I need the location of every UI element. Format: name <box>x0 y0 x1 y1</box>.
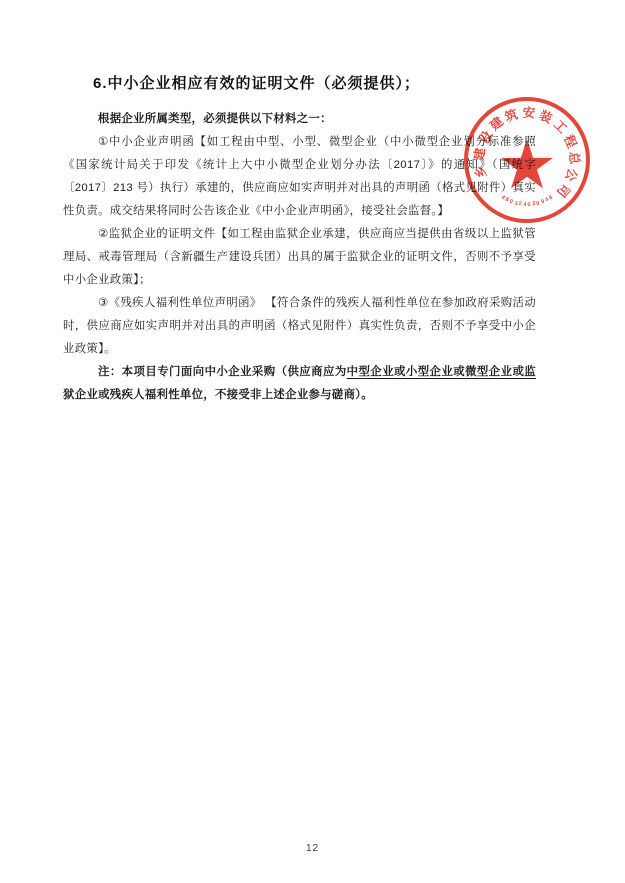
document-body: 6.中小企业相应有效的证明文件（必须提供）； 根据企业所属类型，必须提供以下材料… <box>63 72 536 407</box>
note-underlined-text: 中型企业或小型企业或微型企业或监 <box>347 366 536 378</box>
document-page: 6.中小企业相应有效的证明文件（必须提供）； 根据企业所属类型，必须提供以下材料… <box>0 0 625 883</box>
paragraph-item-2: ②监狱企业的证明文件【如工程由监狱企业承建，供应商应当提供由省级以上监狱管理局、… <box>63 223 536 292</box>
note-paragraph: 注：本项目专门面向中小企业采购（供应商应为中型企业或小型企业或微型企业或监狱企业… <box>63 361 536 407</box>
paragraph-item-1: ①中小企业声明函【如工程由中型、小型、微型企业（中小微型企业划分标准参照《国家统… <box>63 131 536 223</box>
page-number: 12 <box>0 843 625 854</box>
paragraph-item-3: ③《残疾人福利性单位声明函》 【符合条件的残疾人福利性单位在参加政府采购活动时，… <box>63 292 536 361</box>
note-suffix: 狱企业或残疾人福利性单位，不接受非上述企业参与磋商）。 <box>63 389 373 401</box>
note-prefix: 注：本项目专门面向中小企业采购（供应商应为 <box>98 366 347 378</box>
section-heading: 6.中小企业相应有效的证明文件（必须提供）； <box>93 72 536 93</box>
intro-paragraph: 根据企业所属类型，必须提供以下材料之一： <box>63 108 536 131</box>
